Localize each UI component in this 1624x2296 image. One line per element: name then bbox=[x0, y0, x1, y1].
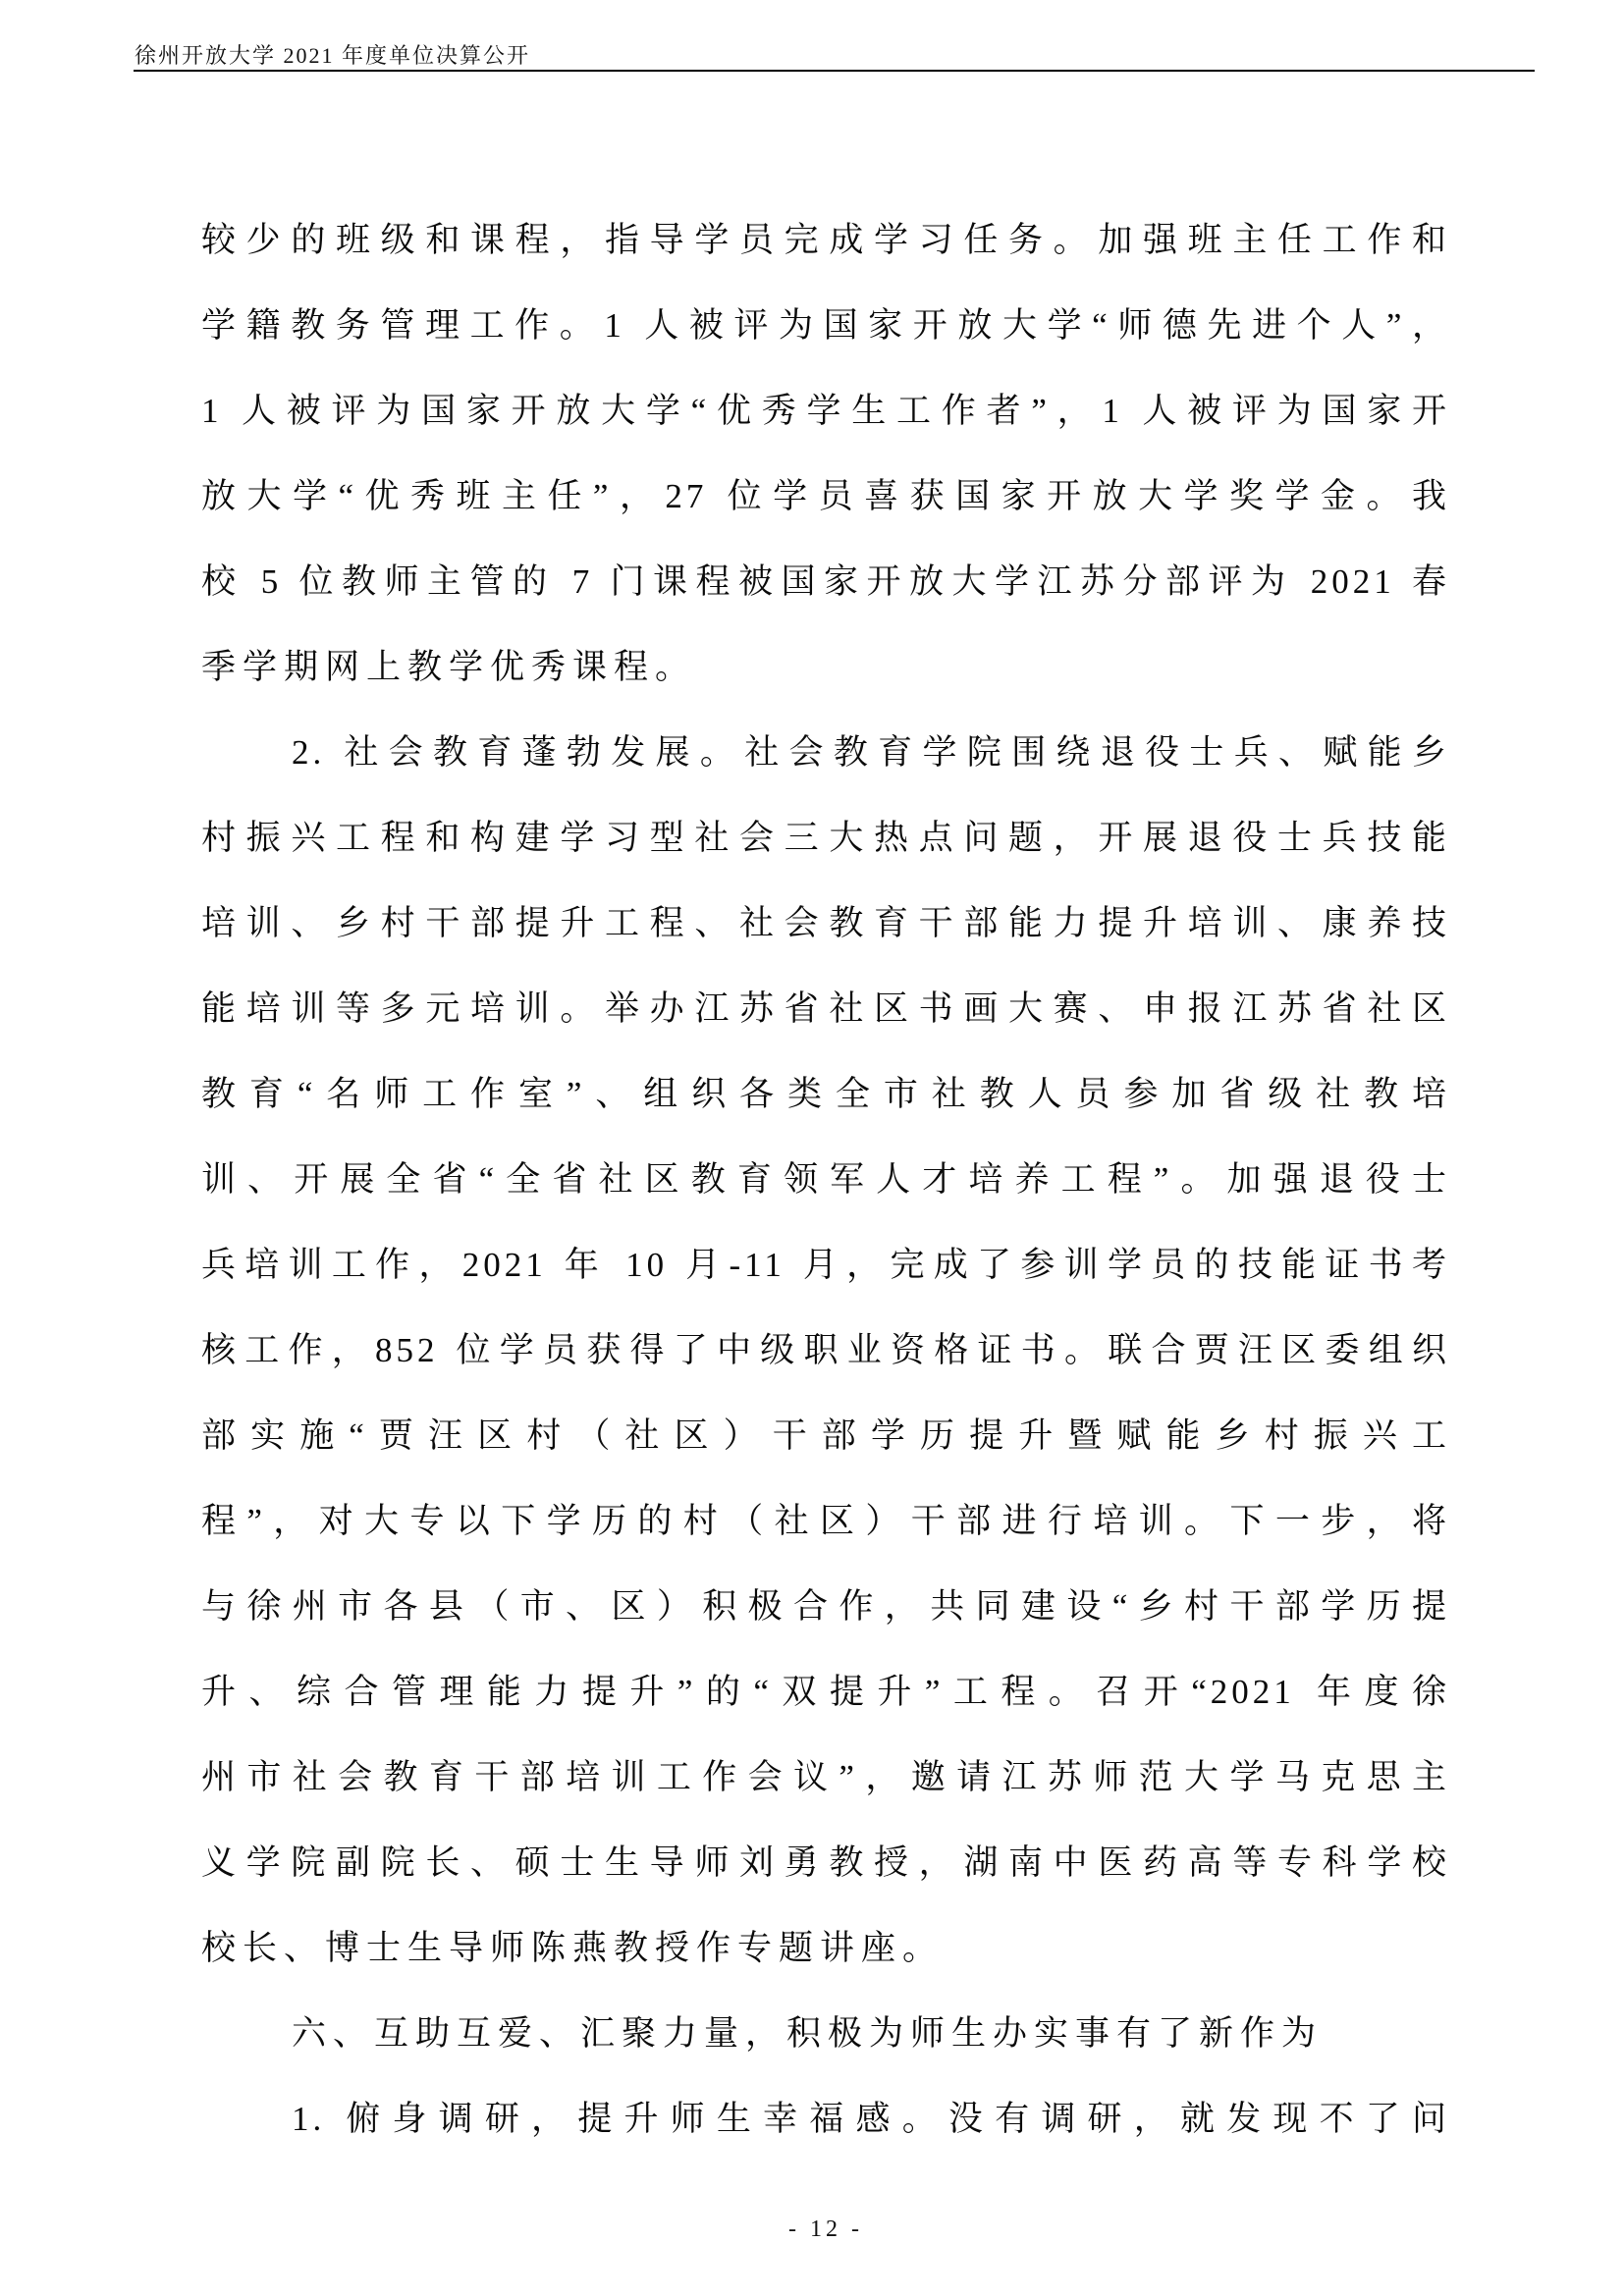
document-body: 较少的班级和课程，指导学员完成学习任务。加强班主任工作和学籍教务管理工作。1 人… bbox=[201, 197, 1450, 2162]
body-line: 升、综合管理能力提升”的“双提升”工程。召开“2021 年度徐 bbox=[201, 1649, 1450, 1735]
document-page: 徐州开放大学 2021 年度单位决算公开 较少的班级和课程，指导学员完成学习任务… bbox=[0, 0, 1624, 2296]
body-line: 核工作，852 位学员获得了中级职业资格证书。联合贾汪区委组织 bbox=[201, 1308, 1450, 1393]
body-line: 教育“名师工作室”、组织各类全市社教人员参加省级社教培 bbox=[201, 1051, 1450, 1137]
body-line: 六、互助互爱、汇聚力量，积极为师生办实事有了新作为 bbox=[201, 1991, 1450, 2076]
body-line: 1 人被评为国家开放大学“优秀学生工作者”，1 人被评为国家开 bbox=[201, 368, 1450, 454]
body-line: 兵培训工作，2021 年 10 月-11 月，完成了参训学员的技能证书考 bbox=[201, 1222, 1450, 1308]
page-number: - 12 - bbox=[201, 2216, 1450, 2243]
body-line: 季学期网上教学优秀课程。 bbox=[201, 624, 1450, 710]
body-line: 部实施“贾汪区村（社区）干部学历提升暨赋能乡村振兴工 bbox=[201, 1393, 1450, 1478]
body-line: 村振兴工程和构建学习型社会三大热点问题，开展退役士兵技能 bbox=[201, 795, 1450, 881]
body-line: 义学院副院长、硕士生导师刘勇教授，湖南中医药高等专科学校 bbox=[201, 1820, 1450, 1905]
body-line: 2. 社会教育蓬勃发展。社会教育学院围绕退役士兵、赋能乡 bbox=[201, 710, 1450, 795]
body-line: 校 5 位教师主管的 7 门课程被国家开放大学江苏分部评为 2021 春 bbox=[201, 539, 1450, 624]
body-line: 较少的班级和课程，指导学员完成学习任务。加强班主任工作和 bbox=[201, 197, 1450, 283]
body-line: 培训、乡村干部提升工程、社会教育干部能力提升培训、康养技 bbox=[201, 881, 1450, 966]
body-line: 校长、博士生导师陈燕教授作专题讲座。 bbox=[201, 1905, 1450, 1991]
header-rule-divider bbox=[134, 70, 1535, 72]
body-line: 训、开展全省“全省社区教育领军人才培养工程”。加强退役士 bbox=[201, 1137, 1450, 1222]
body-line: 能培训等多元培训。举办江苏省社区书画大赛、申报江苏省社区 bbox=[201, 966, 1450, 1051]
body-line: 程”，对大专以下学历的村（社区）干部进行培训。下一步，将 bbox=[201, 1478, 1450, 1564]
page-header-title: 徐州开放大学 2021 年度单位决算公开 bbox=[135, 39, 530, 70]
body-line: 1. 俯身调研，提升师生幸福感。没有调研，就发现不了问 bbox=[201, 2076, 1450, 2162]
body-line: 州市社会教育干部培训工作会议”，邀请江苏师范大学马克思主 bbox=[201, 1735, 1450, 1820]
body-line: 与徐州市各县（市、区）积极合作，共同建设“乡村干部学历提 bbox=[201, 1564, 1450, 1649]
body-line: 放大学“优秀班主任”，27 位学员喜获国家开放大学奖学金。我 bbox=[201, 454, 1450, 539]
body-line: 学籍教务管理工作。1 人被评为国家开放大学“师德先进个人”， bbox=[201, 283, 1450, 368]
